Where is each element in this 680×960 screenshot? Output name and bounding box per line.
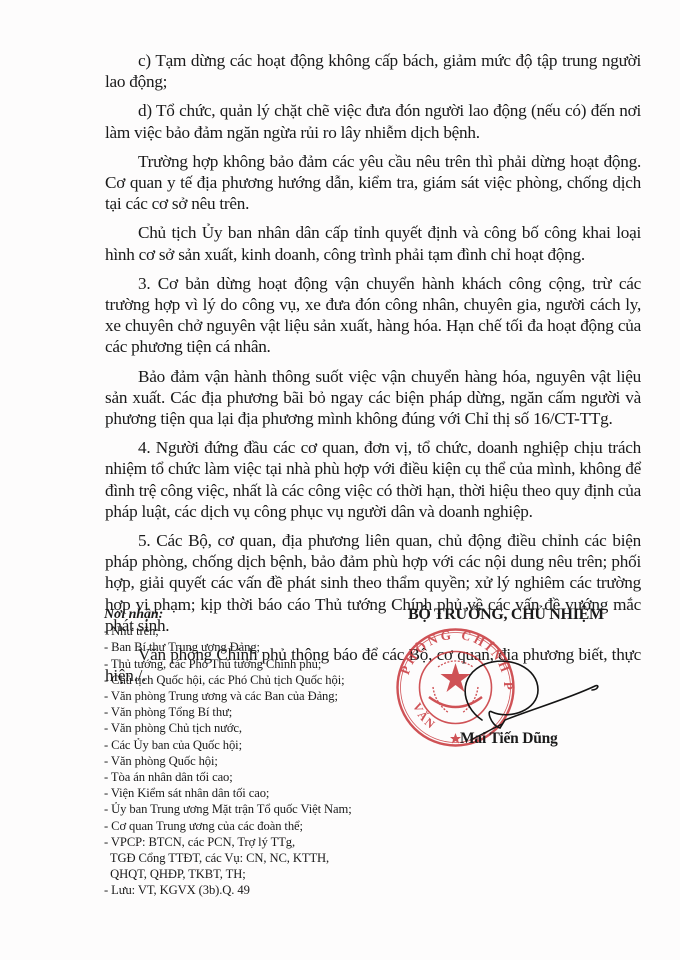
paragraph-goods-transport: Bảo đảm vận hành thông suốt việc vận chu… — [105, 366, 641, 430]
paragraph-c: c) Tạm dừng các hoạt động không cấp bách… — [105, 50, 641, 92]
recipient-item: - Cơ quan Trung ương của các đoàn thể; — [104, 818, 394, 834]
recipients-list: - Như trên; - Ban Bí thư Trung ương Đảng… — [104, 623, 394, 898]
recipient-item: - Ban Bí thư Trung ương Đảng; — [104, 639, 394, 655]
recipient-item: - Thủ tướng, các Phó Thủ tướng Chính phủ… — [104, 656, 394, 672]
recipient-item: - Văn phòng Trung ương và các Ban của Đả… — [104, 688, 394, 704]
handwritten-signature-icon — [450, 650, 610, 740]
recipient-item: TGĐ Cổng TTĐT, các Vụ: CN, NC, KTTH, — [104, 850, 394, 866]
document-body: c) Tạm dừng các hoạt động không cấp bách… — [105, 50, 641, 694]
recipient-item: - Các Ủy ban của Quốc hội; — [104, 737, 394, 753]
recipient-item: - VPCP: BTCN, các PCN, Trợ lý TTg, — [104, 834, 394, 850]
paragraph-d: d) Tổ chức, quản lý chặt chẽ việc đưa đó… — [105, 100, 641, 142]
recipient-item: - Như trên; — [104, 623, 394, 639]
recipient-item: - Văn phòng Quốc hội; — [104, 753, 394, 769]
paragraph-item-3: 3. Cơ bản dừng hoạt động vận chuyển hành… — [105, 273, 641, 358]
recipient-item: - Văn phòng Chủ tịch nước, — [104, 720, 394, 736]
paragraph-item-4: 4. Người đứng đầu các cơ quan, đơn vị, t… — [105, 437, 641, 522]
signer-name: Mai Tiến Dũng — [460, 730, 558, 748]
paragraph-chairman: Chủ tịch Ủy ban nhân dân cấp tỉnh quyết … — [105, 222, 641, 264]
recipient-item: QHQT, QHĐP, TKBT, TH; — [104, 866, 394, 882]
recipient-item: - Văn phòng Tổng Bí thư; — [104, 704, 394, 720]
signer-title: BỘ TRƯỞNG, CHỦ NHIỆM — [408, 606, 648, 624]
recipients-title: Nơi nhận: — [104, 607, 394, 623]
recipient-item: - Tòa án nhân dân tối cao; — [104, 769, 394, 785]
recipient-item: - Lưu: VT, KGVX (3b).Q. 49 — [104, 882, 394, 898]
document-page: c) Tạm dừng các hoạt động không cấp bách… — [0, 0, 680, 960]
recipient-item: - Ủy ban Trung ương Mặt trận Tổ quốc Việ… — [104, 801, 394, 817]
recipient-item: - Viện Kiểm sát nhân dân tối cao; — [104, 785, 394, 801]
paragraph-requirements: Trường hợp không bảo đảm các yêu cầu nêu… — [105, 151, 641, 215]
recipient-item: - Chủ tịch Quốc hội, các Phó Chủ tịch Qu… — [104, 672, 394, 688]
recipients-block: Nơi nhận: - Như trên; - Ban Bí thư Trung… — [104, 607, 394, 899]
